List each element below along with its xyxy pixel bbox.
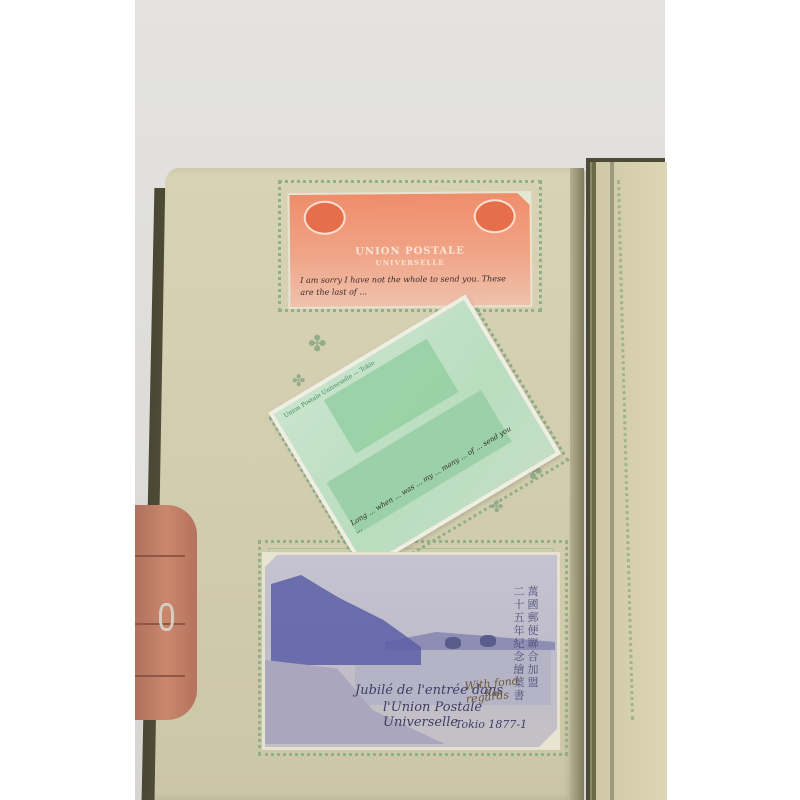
top-postcard-subtitle: UNIVERSELLE [290, 257, 530, 268]
hand [135, 505, 197, 720]
top-postcard-title: UNION POSTALE [290, 245, 530, 258]
clover-icon: ✤ [490, 496, 503, 518]
photo-corner [537, 727, 559, 749]
bottom-postcard: 萬國郵便聯合加盟 二十五年紀念繪葉書 Jubilé de l'entrée da… [262, 552, 560, 750]
rock-island-icon [480, 635, 496, 647]
photo-corner [263, 553, 279, 569]
clover-icon: ✤ [292, 370, 305, 392]
finger-crease [135, 675, 185, 677]
top-postcard: UNION POSTALE UNIVERSELLE I am sorry I h… [287, 191, 532, 309]
finger-crease [135, 555, 185, 557]
top-postcard-handwriting: I am sorry I have not the whole to send … [300, 273, 520, 299]
page-edge-strip [592, 162, 596, 800]
clover-icon: ✤ [308, 334, 326, 356]
ring-icon [159, 603, 174, 631]
photo-corner [515, 191, 531, 207]
signature-line-2: Kan [485, 689, 503, 699]
page-edge-strip [610, 162, 614, 800]
building-seal-icon [304, 201, 346, 235]
rock-island-icon [445, 637, 461, 649]
album-right-page-edge [590, 162, 667, 800]
forested-cliff [271, 575, 421, 665]
caption-line-3: Tokio 1877-1 [455, 718, 527, 731]
clover-border-icon [617, 180, 644, 720]
building-seal-icon [474, 199, 516, 233]
album-gutter [570, 168, 584, 800]
